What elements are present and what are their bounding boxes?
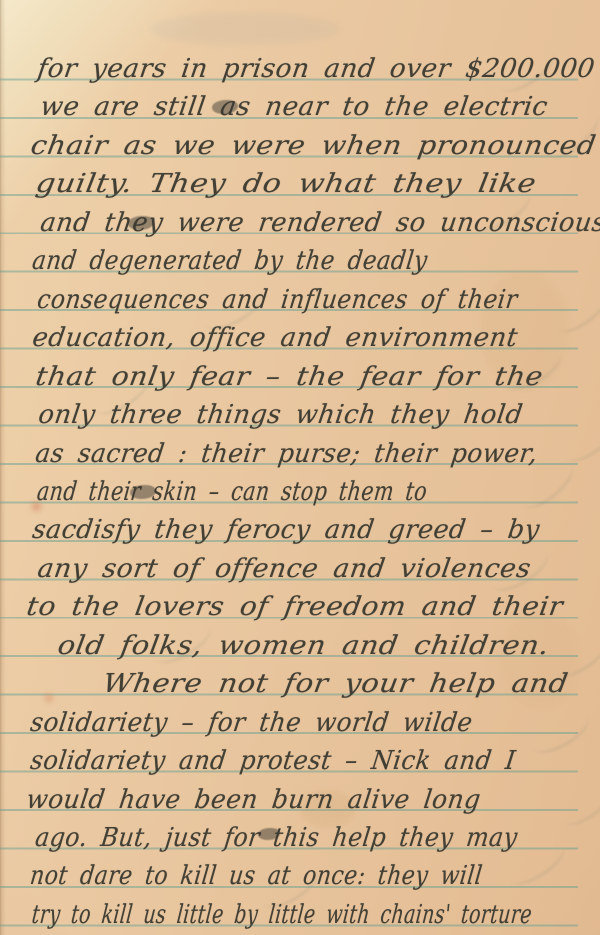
handwritten-line: old folks, women and children.: [55, 627, 552, 665]
handwritten-line: chair as we were when pronounced: [28, 127, 599, 165]
handwritten-line: to the lovers of freedom and their: [24, 588, 566, 626]
handwritten-line: guilty. They do what they like: [33, 165, 539, 203]
handwritten-line: that only fear – the fear for the: [33, 358, 546, 396]
handwritten-line: solidariety – for the world wilde: [28, 704, 475, 742]
handwritten-line: and degenerated by the deadly: [30, 242, 430, 280]
handwritten-line: for years in prison and over $200.000: [35, 50, 597, 88]
handwritten-line: as sacred : their purse; their power,: [33, 435, 540, 473]
handwritten-line: and they were rendered so unconscious: [38, 204, 600, 242]
handwritten-line: consequences and influences of their: [35, 281, 520, 319]
letter-page: for years in prison and over $200.000we …: [0, 0, 600, 935]
handwritten-line: any sort of offence and violences: [35, 550, 533, 588]
handwritten-line: we are still as near to the electric: [38, 88, 550, 126]
handwritten-line: only three things which they hold: [36, 396, 525, 434]
handwritten-line: not dare to kill us at once: they will: [28, 857, 485, 895]
handwriting-layer: for years in prison and over $200.000we …: [0, 0, 600, 935]
handwritten-line: solidariety and protest – Nick and I: [28, 742, 518, 780]
handwritten-line: try to kill us little by little with cha…: [30, 896, 534, 934]
handwritten-line: education, office and environment: [30, 319, 520, 357]
handwritten-line: would have been burn alive long: [24, 781, 483, 819]
handwritten-line: sacdisfy they ferocy and greed – by: [30, 511, 542, 549]
handwritten-line: and their skin – can stop them to: [35, 473, 429, 511]
handwritten-line: Where not for your help and: [100, 665, 571, 703]
